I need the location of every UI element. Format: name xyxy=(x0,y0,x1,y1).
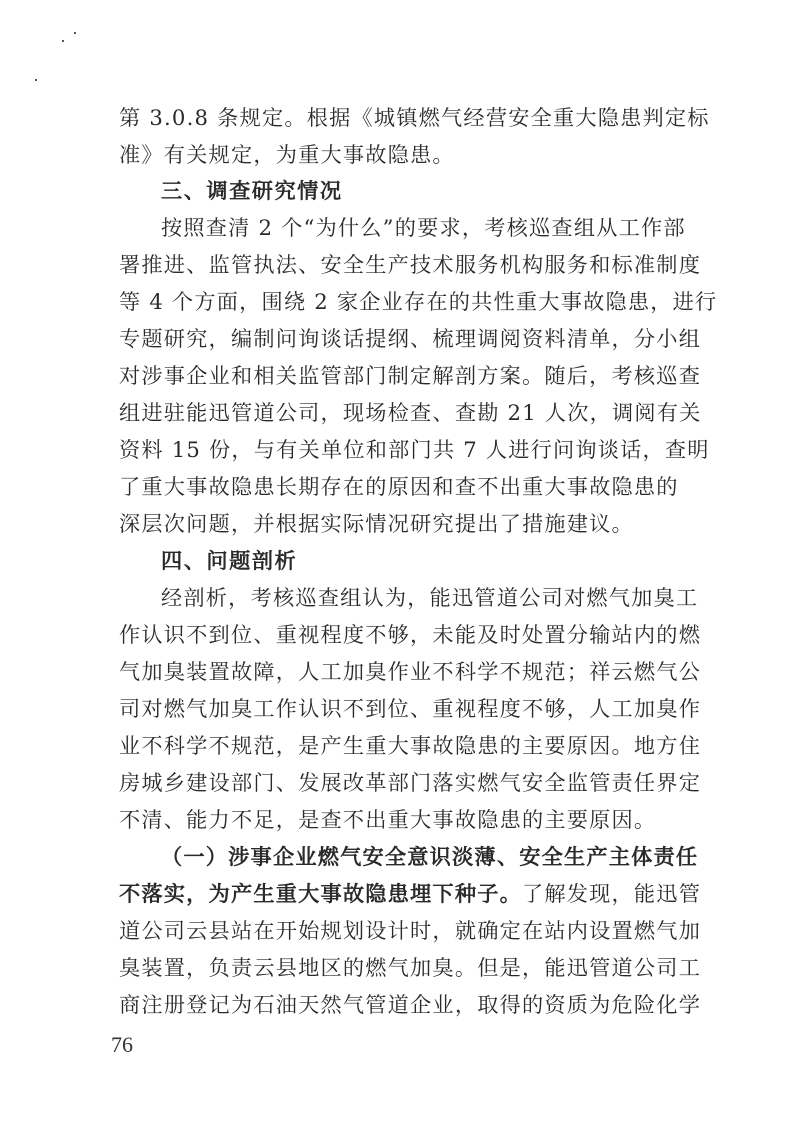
paragraph-line: 经剖析，考核巡查组认为，能迅管道公司对燃气加臭工 xyxy=(161,579,675,616)
paragraph-line-mixed: 不落实，为产生重大事故隐患埋下种子。了解发现，能迅管 xyxy=(119,875,675,912)
paragraph-line: 资料 15 份，与有关单位和部门共 7 人进行问询谈话，查明 xyxy=(119,431,675,468)
paragraph-line: 业不科学不规范，是产生重大事故隐患的主要原因。地方住 xyxy=(119,727,675,764)
subsection-heading-cont: 不落实，为产生重大事故隐患埋下种子。 xyxy=(119,881,522,906)
scan-speck xyxy=(74,32,76,34)
section-heading-4: 四、问题剖析 xyxy=(161,542,675,579)
paragraph-line: 商注册登记为石油天然气管道企业，取得的资质为危险化学 xyxy=(119,986,675,1023)
paragraph-line: 组进驻能迅管道公司，现场检查、查勘 21 人次，调阅有关 xyxy=(119,394,675,431)
subsection-heading-1: （一）涉事企业燃气安全意识淡薄、安全生产主体责任 xyxy=(161,838,675,875)
paragraph-line: 不清、能力不足，是查不出重大事故隐患的主要原因。 xyxy=(119,801,675,838)
paragraph-line: 对涉事企业和相关监管部门制定解剖方案。随后，考核巡查 xyxy=(119,357,675,394)
paragraph-line: 作认识不到位、重视程度不够，未能及时处置分输站内的燃 xyxy=(119,616,675,653)
paragraph-line: 了重大事故隐患长期存在的原因和查不出重大事故隐患的 xyxy=(119,468,675,505)
paragraph-line: 深层次问题，并根据实际情况研究提出了措施建议。 xyxy=(119,505,675,542)
paragraph-line: 第 3.0.8 条规定。根据《城镇燃气经营安全重大隐患判定标 xyxy=(119,99,675,136)
paragraph-line: 等 4 个方面，围绕 2 家企业存在的共性重大事故隐患，进行 xyxy=(119,283,675,320)
paragraph-line: 气加臭装置故障，人工加臭作业不科学不规范；祥云燃气公 xyxy=(119,653,675,690)
paragraph-line: 司对燃气加臭工作认识不到位、重视程度不够，人工加臭作 xyxy=(119,690,675,727)
paragraph-line: 臭装置，负责云县地区的燃气加臭。但是，能迅管道公司工 xyxy=(119,949,675,986)
section-heading-3: 三、调查研究情况 xyxy=(161,172,675,209)
paragraph-line: 道公司云县站在开始规划设计时，就确定在站内设置燃气加 xyxy=(119,912,675,949)
page-number: 76 xyxy=(111,1032,133,1058)
paragraph-line: 专题研究，编制问询谈话提纲、梳理调阅资料清单，分小组 xyxy=(119,320,675,357)
paragraph-line: 准》有关规定，为重大事故隐患。 xyxy=(119,136,675,173)
paragraph-line: 房城乡建设部门、发展改革部门落实燃气安全监管责任界定 xyxy=(119,764,675,801)
document-page: 第 3.0.8 条规定。根据《城镇燃气经营安全重大隐患判定标 准》有关规定，为重… xyxy=(0,0,793,1121)
paragraph-line: 署推进、监管执法、安全生产技术服务机构服务和标准制度 xyxy=(119,246,675,283)
scan-speck xyxy=(62,40,64,42)
paragraph-line: 按照查清 2 个“为什么”的要求，考核巡查组从工作部 xyxy=(161,209,675,246)
paragraph-text: 了解发现，能迅管 xyxy=(522,881,701,906)
scan-speck xyxy=(35,79,37,81)
